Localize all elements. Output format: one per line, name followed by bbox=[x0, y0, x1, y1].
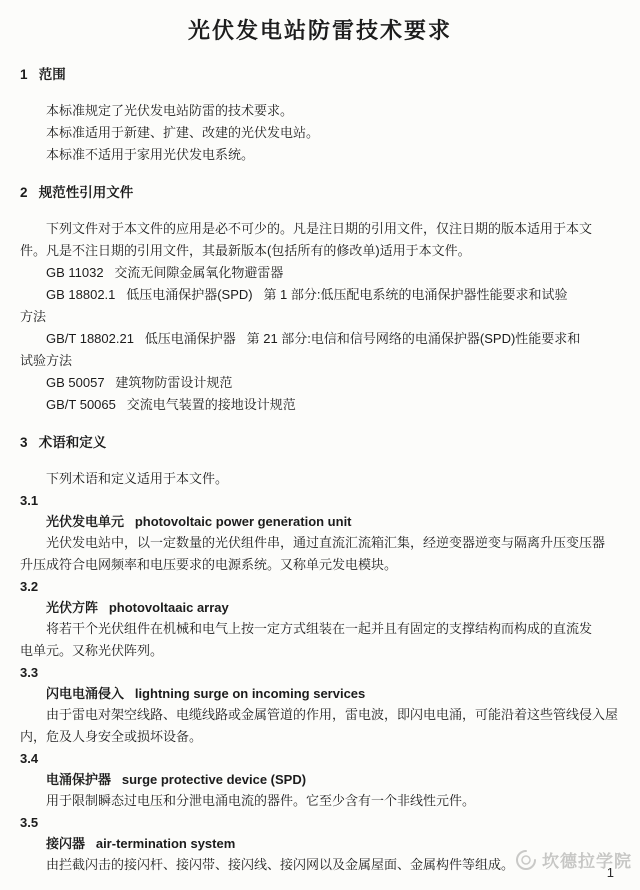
paragraph-line: 电单元。又称光伏阵列。 bbox=[20, 640, 620, 662]
watermark: 坎德拉学院 bbox=[514, 847, 632, 872]
paragraph-line: 本标准适用于新建、扩建、改建的光伏发电站。 bbox=[20, 122, 620, 144]
kandela-logo-icon bbox=[514, 848, 538, 872]
paragraph-line: 将若干个光伏组件在机械和电气上按一定方式组装在一起并且有固定的支撑结构而构成的直… bbox=[20, 618, 620, 640]
paragraph-line: GB 50057 建筑物防雷设计规范 bbox=[20, 372, 620, 394]
paragraph-line: 件。凡是不注日期的引用文件，其最新版本(包括所有的修改单)适用于本文件。 bbox=[20, 240, 620, 262]
term-number: 3.1 bbox=[20, 490, 620, 511]
paragraph-line: 光伏发电站中，以一定数量的光伏组件串，通过直流汇流箱汇集，经逆变器逆变与隔离升压… bbox=[20, 532, 620, 554]
paragraph-line: 用于限制瞬态过电压和分泄电涌电流的器件。它至少含有一个非线性元件。 bbox=[20, 790, 620, 812]
page-number: 1 bbox=[607, 865, 614, 880]
term-number: 3.5 bbox=[20, 812, 620, 833]
term-heading: 光伏方阵 photovoltaaic array bbox=[20, 597, 620, 618]
term-number: 3.4 bbox=[20, 748, 620, 769]
term-heading: 闪电电涌侵入 lightning surge on incoming servi… bbox=[20, 683, 620, 704]
paragraph-line: 试验方法 bbox=[20, 350, 620, 372]
paragraph-line: 由于雷电对架空线路、电缆线路或金属管道的作用，雷电波，即闪电电涌，可能沿着这些管… bbox=[20, 704, 620, 726]
paragraph-line: 方法 bbox=[20, 306, 620, 328]
paragraph-line: 下列术语和定义适用于本文件。 bbox=[20, 468, 620, 490]
paragraph-line: 下列文件对于本文件的应用是必不可少的。凡是注日期的引用文件，仅注日期的版本适用于… bbox=[20, 218, 620, 240]
paragraph-line: GB 11032 交流无间隙金属氧化物避雷器 bbox=[20, 262, 620, 284]
section-heading: 3 术语和定义 bbox=[20, 432, 620, 454]
term-number: 3.3 bbox=[20, 662, 620, 683]
watermark-text: 坎德拉学院 bbox=[542, 847, 632, 872]
paragraph-line: GB/T 18802.21 低压电涌保护器 第 21 部分:电信和信号网络的电涌… bbox=[20, 328, 620, 350]
section-heading: 2 规范性引用文件 bbox=[20, 182, 620, 204]
term-heading: 光伏发电单元 photovoltaic power generation uni… bbox=[20, 511, 620, 532]
term-number: 3.2 bbox=[20, 576, 620, 597]
paragraph-line: 本标准不适用于家用光伏发电系统。 bbox=[20, 144, 620, 166]
scanned-document-page: 光伏发电站防雷技术要求 1 范围本标准规定了光伏发电站防雷的技术要求。本标准适用… bbox=[0, 0, 640, 890]
section-heading: 1 范围 bbox=[20, 64, 620, 86]
paragraph-line: GB 18802.1 低压电涌保护器(SPD) 第 1 部分:低压配电系统的电涌… bbox=[20, 284, 620, 306]
term-heading: 电涌保护器 surge protective device (SPD) bbox=[20, 769, 620, 790]
paragraph-line: 本标准规定了光伏发电站防雷的技术要求。 bbox=[20, 100, 620, 122]
document-body: 光伏发电站防雷技术要求 1 范围本标准规定了光伏发电站防雷的技术要求。本标准适用… bbox=[0, 0, 640, 876]
paragraph-line: GB/T 50065 交流电气装置的接地设计规范 bbox=[20, 394, 620, 416]
paragraph-line: 升压成符合电网频率和电压要求的电源系统。又称单元发电模块。 bbox=[20, 554, 620, 576]
paragraph-line: 内，危及人身安全或损坏设备。 bbox=[20, 726, 620, 748]
document-title: 光伏发电站防雷技术要求 bbox=[20, 16, 620, 46]
